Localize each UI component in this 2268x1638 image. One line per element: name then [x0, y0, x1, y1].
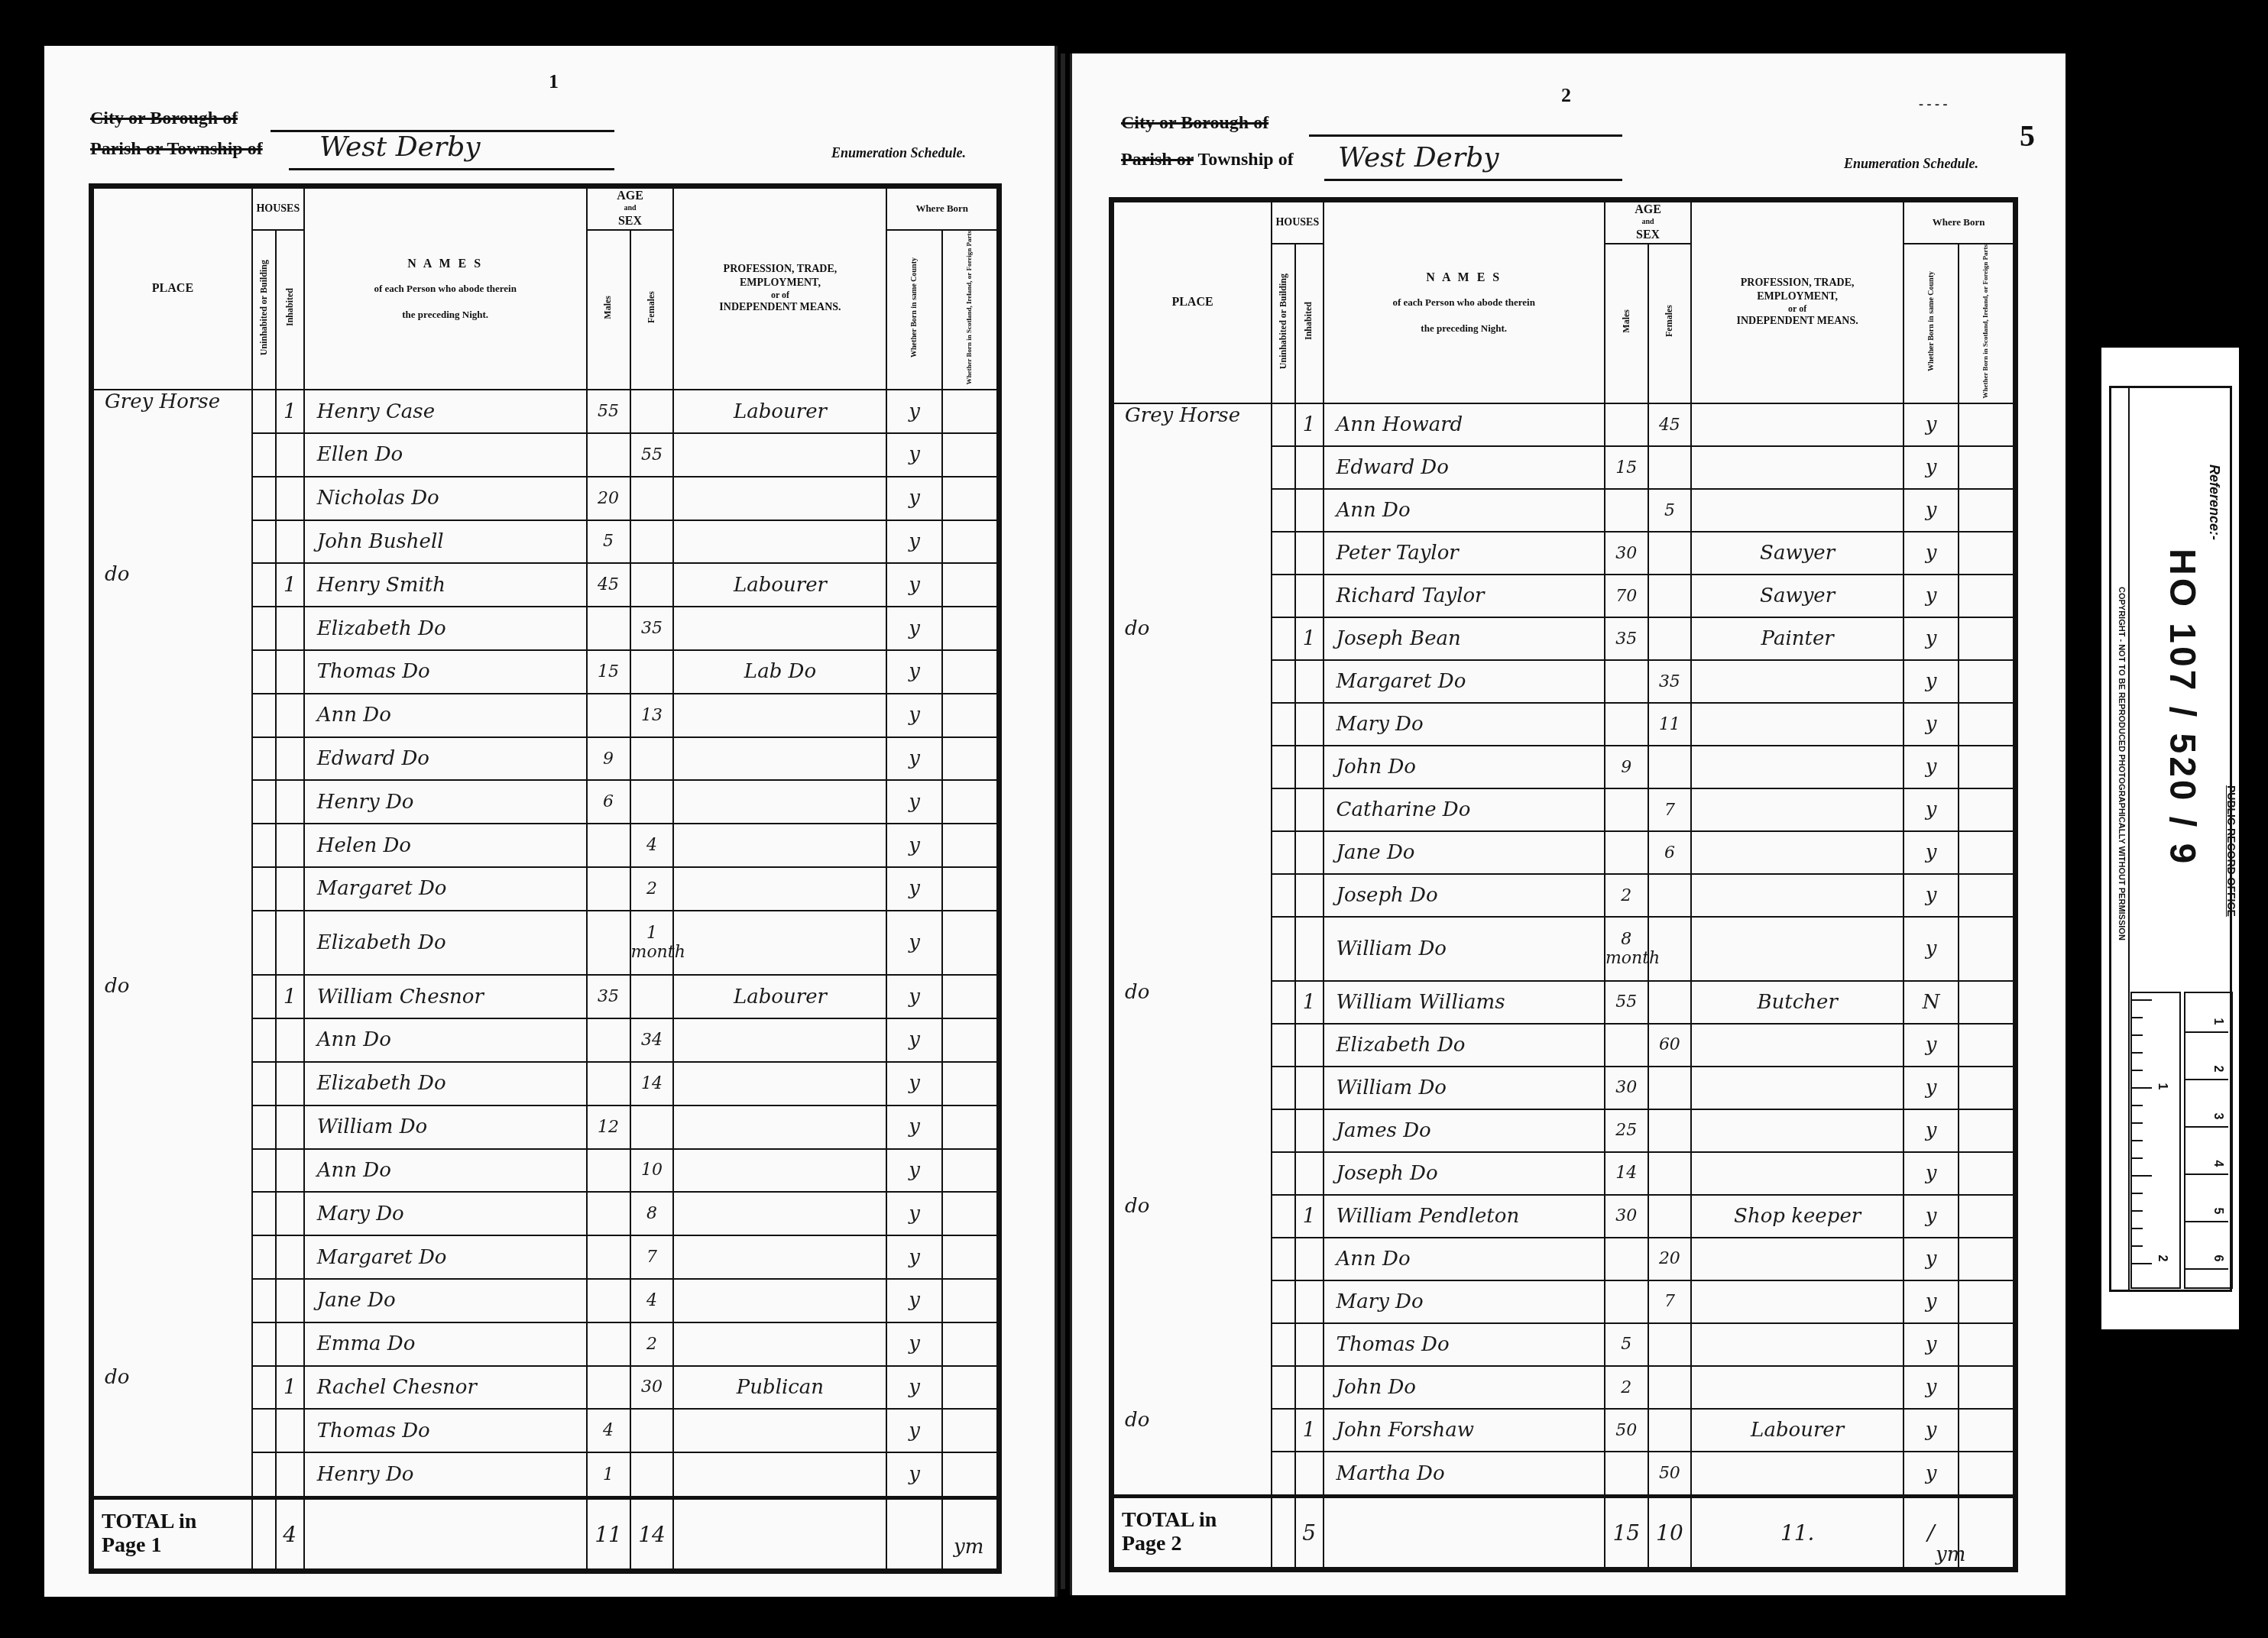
profession-cell: Publican	[673, 1366, 886, 1410]
male-age-cell: 30	[1605, 532, 1648, 575]
ruler-tick	[2132, 1122, 2143, 1124]
inhabited-cell: 1	[276, 563, 304, 607]
born-foreign-cell	[1959, 703, 2014, 746]
place-cell	[1113, 446, 1272, 489]
male-age-cell: 35	[587, 975, 630, 1018]
name-cell: Mary Do	[1324, 703, 1605, 746]
male-age-cell: 55	[1605, 981, 1648, 1024]
inhabited-cell	[1295, 1452, 1324, 1496]
female-age-cell	[630, 780, 674, 824]
born-foreign-cell	[1959, 831, 2014, 874]
census-row: Joseph Do2y	[1113, 874, 2014, 917]
born-county-cell: y	[886, 563, 941, 607]
male-age-cell	[587, 1062, 630, 1105]
census-row: Thomas Do5y	[1113, 1323, 2014, 1366]
margin-initials: ym	[954, 1536, 983, 1559]
uninhabited-header: Uninhabited or Building	[1272, 244, 1295, 404]
uninhabited-cell	[1272, 874, 1295, 917]
male-age-cell: 9	[587, 737, 630, 781]
inhabited-cell	[1295, 874, 1324, 917]
profession-header: PROFESSION, TRADE, EMPLOYMENT, or of IND…	[673, 188, 886, 390]
female-age-cell: 11	[1648, 703, 1692, 746]
census-row: Mary Do7y	[1113, 1280, 2014, 1323]
place-cell	[1113, 1152, 1272, 1195]
inhabited-cell	[1295, 1067, 1324, 1109]
total-names	[304, 1498, 587, 1570]
born-county-cell: y	[1904, 1280, 1959, 1323]
male-age-cell: 45	[587, 563, 630, 607]
reference-label: Reference:- HO 107 / 520 / 9 PUBLIC RECO…	[2101, 348, 2239, 1329]
born-county-cell: y	[1904, 703, 1959, 746]
male-age-cell: 70	[1605, 575, 1648, 617]
place-cell	[93, 1105, 252, 1149]
inhabited-cell	[276, 650, 304, 694]
name-cell: Jane Do	[1324, 831, 1605, 874]
name-cell: Joseph Do	[1324, 1152, 1605, 1195]
name-cell: Henry Case	[304, 390, 587, 433]
uninhabited-cell	[1272, 446, 1295, 489]
place-cell	[1113, 1323, 1272, 1366]
census-row: Ann Do10y	[93, 1149, 997, 1193]
uninhabited-cell	[1272, 1280, 1295, 1323]
born-county-cell: y	[886, 1279, 941, 1322]
male-age-cell: 2	[1605, 1366, 1648, 1409]
name-cell: Henry Do	[304, 1452, 587, 1497]
born-county-cell: y	[886, 975, 941, 1018]
male-age-cell	[587, 911, 630, 975]
ruler-cm-divider	[2185, 1268, 2228, 1270]
male-age-cell: 5	[1605, 1323, 1648, 1366]
born-foreign-cell	[1959, 1067, 2014, 1109]
female-age-cell	[1648, 917, 1692, 980]
name-cell: Ann Do	[1324, 1238, 1605, 1280]
place-cell	[1113, 1067, 1272, 1109]
place-cell	[93, 607, 252, 650]
uninhabited-cell	[1272, 489, 1295, 532]
profession-cell	[1691, 917, 1904, 980]
place-cell: Grey Horse	[93, 390, 252, 433]
name-cell: William Do	[304, 1105, 587, 1149]
name-cell: Ann Do	[304, 1018, 587, 1062]
folio-dashes: - - - -	[1919, 96, 1947, 112]
name-cell: John Do	[1324, 1366, 1605, 1409]
profession-cell	[673, 1062, 886, 1105]
place-cell	[1113, 660, 1272, 703]
born-county-cell: y	[1904, 1366, 1959, 1409]
born-county-cell: y	[1904, 660, 1959, 703]
place-cell: do	[1113, 981, 1272, 1024]
profession-cell: Sawyer	[1691, 575, 1904, 617]
female-age-cell: 34	[630, 1018, 674, 1062]
census-row: John Do9y	[1113, 746, 2014, 788]
profession-cell: Labourer	[673, 390, 886, 433]
born-foreign-cell	[942, 650, 997, 694]
profession-cell	[673, 737, 886, 781]
born-county-header: Whether Born in same County	[886, 230, 941, 390]
male-age-cell: 55	[587, 390, 630, 433]
inhabited-cell	[1295, 575, 1324, 617]
census-rows-page-2: Grey Horse1Ann Howard45yEdward Do15yAnn …	[1113, 403, 2014, 1496]
ruler-cm-divider	[2185, 1126, 2228, 1128]
uninhabited-cell	[1272, 1452, 1295, 1496]
uninhabited-cell	[252, 1452, 276, 1497]
total-uninhabited	[252, 1498, 276, 1570]
inhabited-cell: 1	[1295, 981, 1324, 1024]
inhabited-cell: 1	[1295, 403, 1324, 446]
census-row: James Do25y	[1113, 1109, 2014, 1152]
name-cell: John Forshaw	[1324, 1409, 1605, 1452]
total-profession: 11.	[1691, 1497, 1904, 1568]
born-foreign-cell	[1959, 1238, 2014, 1280]
female-age-cell	[1648, 981, 1692, 1024]
born-foreign-cell	[1959, 403, 2014, 446]
inhabited-cell	[1295, 1109, 1324, 1152]
census-row: do1Henry Smith45Labourery	[93, 563, 997, 607]
place-header: PLACE	[1113, 202, 1272, 403]
male-age-cell	[587, 694, 630, 737]
census-table-2: PLACE HOUSES N A M E S of each Person wh…	[1109, 197, 2018, 1572]
female-age-cell	[1648, 532, 1692, 575]
male-age-cell: 2	[1605, 874, 1648, 917]
profession-cell	[1691, 746, 1904, 788]
name-cell: Elizabeth Do	[304, 607, 587, 650]
born-foreign-cell	[942, 1105, 997, 1149]
profession-cell	[673, 433, 886, 477]
name-cell: Richard Taylor	[1324, 575, 1605, 617]
profession-header: PROFESSION, TRADE, EMPLOYMENT, or of IND…	[1691, 202, 1904, 403]
name-cell: Mary Do	[304, 1192, 587, 1235]
ruler-inch-label: 2	[2155, 1255, 2169, 1262]
born-foreign-cell	[1959, 1280, 2014, 1323]
born-foreign-cell	[942, 520, 997, 564]
uninhabited-cell	[1272, 575, 1295, 617]
name-cell: Margaret Do	[304, 1235, 587, 1279]
inhabited-cell	[276, 1018, 304, 1062]
profession-cell	[673, 1409, 886, 1452]
profession-cell	[673, 1149, 886, 1193]
census-row: Joseph Do14y	[1113, 1152, 2014, 1195]
place-header: PLACE	[93, 188, 252, 390]
inhabited-cell	[276, 1322, 304, 1366]
place-cell	[93, 694, 252, 737]
born-foreign-cell	[942, 1322, 997, 1366]
copyright-notice: COPYRIGHT - NOT TO BE REPRODUCED PHOTOGR…	[2117, 587, 2126, 940]
born-county-cell: y	[886, 1105, 941, 1149]
inhabited-header: Inhabited	[276, 230, 304, 390]
cm-ruler	[2184, 992, 2233, 1289]
census-row: Henry Do6y	[93, 780, 997, 824]
born-county-cell: y	[1904, 1409, 1959, 1452]
inhabited-cell	[1295, 446, 1324, 489]
place-cell: do	[1113, 1409, 1272, 1452]
inhabited-cell	[1295, 1238, 1324, 1280]
female-age-cell: 4	[630, 824, 674, 867]
born-county-cell: y	[1904, 1323, 1959, 1366]
born-county-cell: y	[886, 1322, 941, 1366]
profession-cell	[1691, 1238, 1904, 1280]
born-county-cell: y	[886, 1366, 941, 1410]
uninhabited-cell	[1272, 981, 1295, 1024]
uninhabited-cell	[252, 477, 276, 520]
born-foreign-cell	[1959, 1109, 2014, 1152]
profession-cell	[1691, 1024, 1904, 1067]
ruler-tick	[2132, 1034, 2143, 1036]
female-age-cell	[630, 1105, 674, 1149]
male-age-cell	[587, 433, 630, 477]
profession-cell: Sawyer	[1691, 532, 1904, 575]
place-cell	[93, 433, 252, 477]
male-age-cell: 30	[1605, 1067, 1648, 1109]
born-foreign-cell	[1959, 874, 2014, 917]
census-row: Margaret Do2y	[93, 867, 997, 911]
name-cell: Helen Do	[304, 824, 587, 867]
male-age-cell: 12	[587, 1105, 630, 1149]
male-age-cell: 6	[587, 780, 630, 824]
inhabited-cell	[276, 1452, 304, 1497]
uninhabited-cell	[252, 1149, 276, 1193]
name-cell: Ann Howard	[1324, 403, 1605, 446]
place-cell: do	[1113, 617, 1272, 660]
census-row: Grey Horse1Henry Case55Labourery	[93, 390, 997, 433]
name-cell: Joseph Do	[1324, 874, 1605, 917]
total-profession	[673, 1498, 886, 1570]
inhabited-cell	[1295, 660, 1324, 703]
inhabited-cell	[1295, 703, 1324, 746]
inhabited-cell	[1295, 489, 1324, 532]
census-row: Mary Do8y	[93, 1192, 997, 1235]
born-county-cell: y	[886, 1018, 941, 1062]
place-cell	[1113, 703, 1272, 746]
total-males: 15	[1605, 1497, 1648, 1568]
inhabited-cell	[276, 520, 304, 564]
total-born-county	[886, 1498, 941, 1570]
profession-cell	[673, 1279, 886, 1322]
total-label: TOTAL in Page 1	[93, 1498, 252, 1570]
place-cell	[1113, 1024, 1272, 1067]
inhabited-cell	[276, 1105, 304, 1149]
name-cell: Edward Do	[304, 737, 587, 781]
female-age-cell: 13	[630, 694, 674, 737]
names-header: N A M E S of each Person who abode there…	[1324, 202, 1605, 403]
male-age-cell: 4	[587, 1409, 630, 1452]
census-page-2: 2 - - - - 5 City or Borough of Parish or…	[1070, 53, 2065, 1595]
census-rows-page-1: Grey Horse1Henry Case55LaboureryEllen Do…	[93, 390, 997, 1497]
name-cell: Catharine Do	[1324, 788, 1605, 831]
male-age-cell: 35	[1605, 617, 1648, 660]
male-age-cell: 20	[587, 477, 630, 520]
female-age-cell: 4	[630, 1279, 674, 1322]
census-row: Ann Do5y	[1113, 489, 2014, 532]
born-foreign-cell	[942, 477, 997, 520]
census-row: Nicholas Do20y	[93, 477, 997, 520]
place-cell	[93, 1279, 252, 1322]
male-age-cell	[1605, 1238, 1648, 1280]
name-cell: William Do	[1324, 917, 1605, 980]
born-foreign-cell	[942, 911, 997, 975]
male-age-cell	[587, 867, 630, 911]
male-age-cell	[1605, 660, 1648, 703]
place-cell	[93, 1149, 252, 1193]
uninhabited-cell	[1272, 917, 1295, 980]
place-cell	[93, 1235, 252, 1279]
profession-cell	[673, 607, 886, 650]
ruler-tick	[2132, 1105, 2143, 1106]
male-age-cell: 15	[1605, 446, 1648, 489]
place-cell	[1113, 917, 1272, 980]
female-age-cell	[630, 737, 674, 781]
census-row: Margaret Do7y	[93, 1235, 997, 1279]
place-cell	[1113, 1109, 1272, 1152]
male-age-cell	[587, 1149, 630, 1193]
born-foreign-cell	[942, 1149, 997, 1193]
born-county-cell: y	[886, 737, 941, 781]
inhabited-cell	[1295, 1366, 1324, 1409]
name-cell: Ann Do	[304, 1149, 587, 1193]
houses-header: HOUSES	[1272, 202, 1324, 244]
male-age-cell	[1605, 831, 1648, 874]
page-number: 1	[549, 70, 559, 93]
ruler-tick	[2132, 1210, 2143, 1212]
inhabited-cell	[1295, 1152, 1324, 1195]
inhabited-cell	[276, 433, 304, 477]
uninhabited-cell	[252, 390, 276, 433]
born-foreign-cell	[942, 1062, 997, 1105]
census-row: do1Rachel Chesnor30Publicany	[93, 1366, 997, 1410]
born-foreign-cell	[1959, 1409, 2014, 1452]
city-borough-label: City or Borough of	[90, 108, 238, 129]
male-age-cell	[587, 1366, 630, 1410]
ruler-cm-label: 1	[2211, 1018, 2224, 1025]
ruler-tick	[2132, 1087, 2152, 1089]
profession-cell: Labourer	[1691, 1409, 1904, 1452]
census-row: do1Joseph Bean35Paintery	[1113, 617, 2014, 660]
total-names	[1324, 1497, 1605, 1568]
uninhabited-cell	[252, 694, 276, 737]
place-cell: do	[93, 563, 252, 607]
census-row: Jane Do6y	[1113, 831, 2014, 874]
inhabited-cell	[276, 477, 304, 520]
ruler-tick	[2132, 1052, 2143, 1054]
born-foreign-cell	[1959, 788, 2014, 831]
born-foreign-cell	[942, 1409, 997, 1452]
profession-cell	[673, 1192, 886, 1235]
uninhabited-cell	[1272, 703, 1295, 746]
female-age-cell	[630, 477, 674, 520]
name-cell: Emma Do	[304, 1322, 587, 1366]
uninhabited-cell	[252, 563, 276, 607]
ruler-tick	[2132, 1245, 2143, 1247]
profession-cell	[1691, 660, 1904, 703]
female-age-cell: 8	[630, 1192, 674, 1235]
census-row: Elizabeth Do35y	[93, 607, 997, 650]
profession-cell	[673, 1322, 886, 1366]
uninhabited-cell	[1272, 1067, 1295, 1109]
where-born-header: Where Born	[1904, 202, 2014, 244]
inhabited-cell: 1	[276, 390, 304, 433]
female-age-cell	[1648, 1409, 1692, 1452]
name-cell: John Bushell	[304, 520, 587, 564]
profession-cell	[673, 780, 886, 824]
born-county-header: Whether Born in same County	[1904, 244, 1959, 404]
male-age-cell: 5	[587, 520, 630, 564]
born-county-cell: y	[886, 390, 941, 433]
uninhabited-cell	[1272, 1366, 1295, 1409]
place-cell	[93, 1322, 252, 1366]
born-foreign-cell	[1959, 1195, 2014, 1238]
born-foreign-cell	[942, 390, 997, 433]
profession-cell	[673, 867, 886, 911]
uninhabited-cell	[1272, 532, 1295, 575]
inhabited-cell	[276, 780, 304, 824]
uninhabited-cell	[252, 911, 276, 975]
profession-cell	[673, 911, 886, 975]
place-cell	[93, 477, 252, 520]
female-age-cell: 35	[630, 607, 674, 650]
born-foreign-cell	[942, 1192, 997, 1235]
profession-cell	[1691, 831, 1904, 874]
name-cell: Edward Do	[1324, 446, 1605, 489]
female-age-cell: 50	[1648, 1452, 1692, 1496]
born-foreign-cell	[942, 975, 997, 1018]
born-foreign-cell	[942, 824, 997, 867]
female-age-cell	[1648, 1323, 1692, 1366]
parish-township-label: Parish or Township of	[90, 139, 263, 160]
name-cell: William Pendleton	[1324, 1195, 1605, 1238]
born-county-cell: y	[1904, 1238, 1959, 1280]
place-cell	[93, 824, 252, 867]
uninhabited-cell	[252, 780, 276, 824]
name-cell: Rachel Chesnor	[304, 1366, 587, 1410]
born-foreign-cell	[942, 433, 997, 477]
place-cell	[93, 1192, 252, 1235]
houses-header: HOUSES	[252, 188, 304, 230]
born-foreign-cell	[1959, 617, 2014, 660]
uninhabited-cell	[1272, 1109, 1295, 1152]
census-row: do1William Williams55ButcherN	[1113, 981, 2014, 1024]
male-age-cell	[1605, 403, 1648, 446]
name-cell: William Do	[1324, 1067, 1605, 1109]
name-cell: Peter Taylor	[1324, 532, 1605, 575]
male-age-cell	[587, 1322, 630, 1366]
name-cell: William Williams	[1324, 981, 1605, 1024]
census-row: William Do12y	[93, 1105, 997, 1149]
uninhabited-cell	[252, 1366, 276, 1410]
born-foreign-cell	[1959, 1323, 2014, 1366]
total-females: 10	[1648, 1497, 1692, 1568]
ruler-tick	[2132, 1157, 2143, 1159]
inhabited-cell	[1295, 746, 1324, 788]
born-county-cell: N	[1904, 981, 1959, 1024]
profession-cell: Lab Do	[673, 650, 886, 694]
born-foreign-cell	[1959, 981, 2014, 1024]
born-county-cell: y	[1904, 874, 1959, 917]
profession-cell	[1691, 1366, 1904, 1409]
born-foreign-cell	[942, 1279, 997, 1322]
census-row: Richard Taylor70Sawyery	[1113, 575, 2014, 617]
born-foreign-cell	[1959, 446, 2014, 489]
born-county-cell: y	[886, 477, 941, 520]
inhabited-cell	[1295, 788, 1324, 831]
male-age-cell: 8 month	[1605, 917, 1648, 980]
born-foreign-cell	[1959, 489, 2014, 532]
profession-cell	[1691, 788, 1904, 831]
uninhabited-cell	[252, 975, 276, 1018]
born-county-cell: y	[1904, 617, 1959, 660]
uninhabited-header: Uninhabited or Building	[252, 230, 276, 390]
born-foreign-cell	[942, 1018, 997, 1062]
female-age-cell	[1648, 1067, 1692, 1109]
uninhabited-cell	[252, 650, 276, 694]
